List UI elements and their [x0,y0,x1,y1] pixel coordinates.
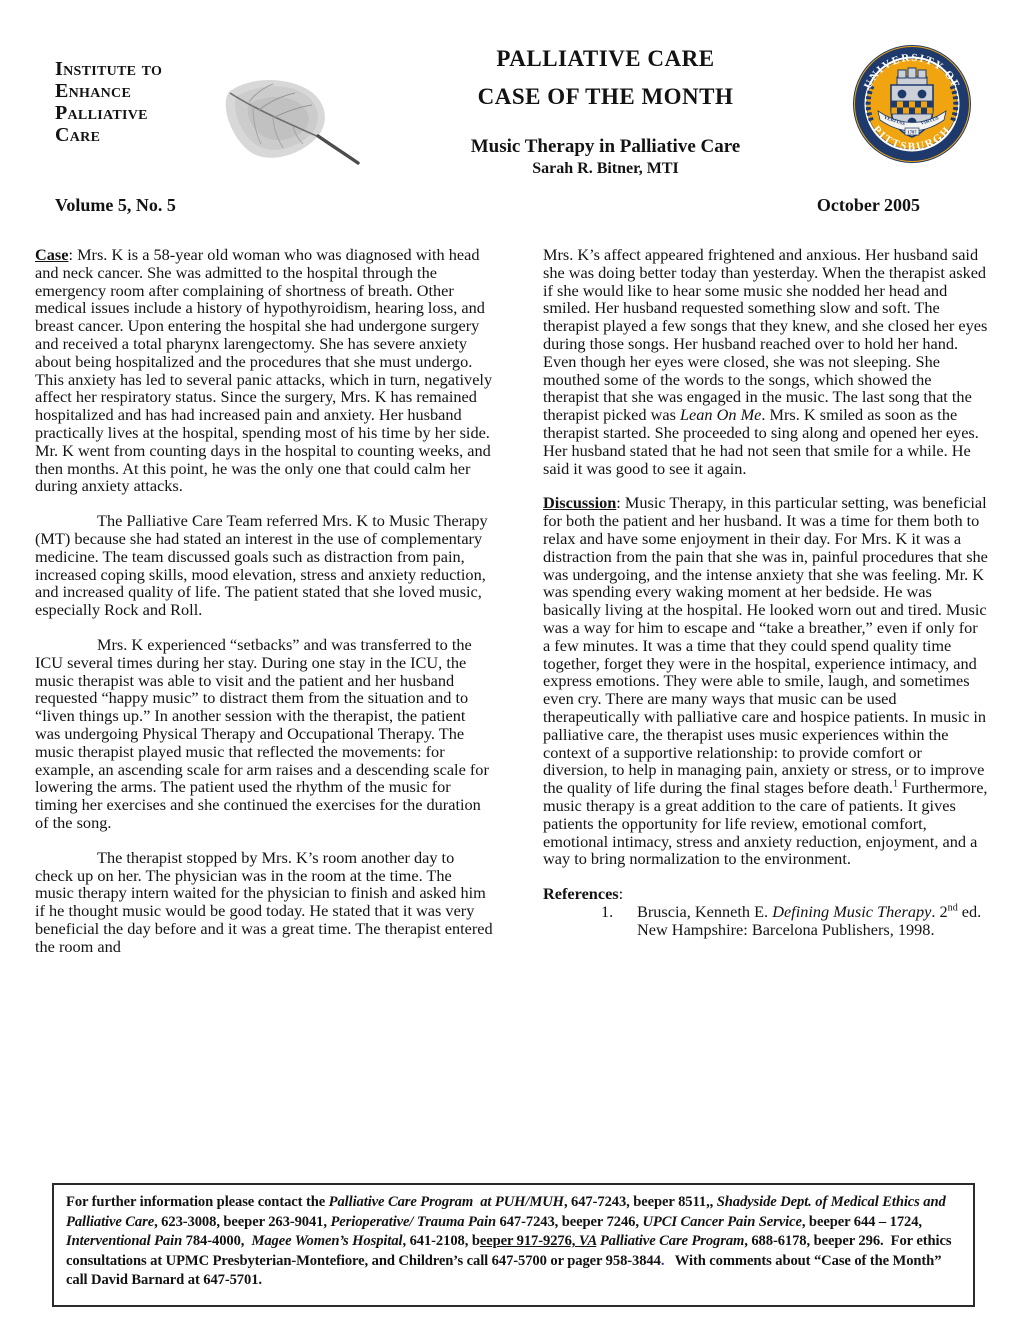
reference-number: 1. [601,903,637,939]
title-block: PALLIATIVE CARE CASE OF THE MONTH Music … [365,42,846,178]
seal-year: 1787 [907,130,917,135]
paragraph: The Palliative Care Team referred Mrs. K… [35,512,493,619]
org-name-line: Enhance [55,80,213,102]
article-body: Case: Mrs. K is a 58-year old woman who … [0,216,1020,955]
page-title-line2: CASE OF THE MONTH [365,84,846,110]
paragraph: The therapist stopped by Mrs. K’s room a… [35,849,493,956]
references-heading: References: [543,885,988,903]
reference-item: 1. Bruscia, Kenneth E. Defining Music Th… [543,903,988,939]
org-name-line: Palliative [55,102,213,124]
paragraph: Mrs. K’s affect appeared frightened and … [543,246,988,477]
page-title-line1: PALLIATIVE CARE [365,46,846,72]
case-paragraph: Case: Mrs. K is a 58-year old woman who … [35,246,493,495]
reference-text: Bruscia, Kenneth E. Defining Music Thera… [637,903,988,939]
org-name-line: Institute to [55,58,213,80]
org-name: Institute to Enhance Palliative Care [55,42,213,146]
paragraph: Mrs. K experienced “setbacks” and was tr… [35,636,493,832]
issue-date: October 2005 [817,195,920,216]
org-name-line: Care [55,124,213,146]
leaf-sketch-icon [215,74,365,179]
header: Institute to Enhance Palliative Care PAL… [0,0,1020,179]
contact-info-box: For further information please contact t… [52,1183,975,1307]
volume-label: Volume 5, No. 5 [55,195,176,216]
discussion-paragraph: Discussion: Music Therapy, in this parti… [543,494,988,868]
issue-info-row: Volume 5, No. 5 October 2005 [0,179,1020,216]
left-column: Case: Mrs. K is a 58-year old woman who … [35,246,493,955]
article-author: Sarah R. Bitner, MTI [365,160,846,178]
newsletter-page: Institute to Enhance Palliative Care PAL… [0,0,1020,1320]
article-subtitle: Music Therapy in Palliative Care [365,136,846,158]
right-column: Mrs. K’s affect appeared frightened and … [543,246,988,955]
contact-info-text: For further information please contact t… [66,1194,951,1288]
university-seal-icon: VERITAS VIRTUS 1787 UNIVERSITY OF PITTSB… [852,44,972,164]
